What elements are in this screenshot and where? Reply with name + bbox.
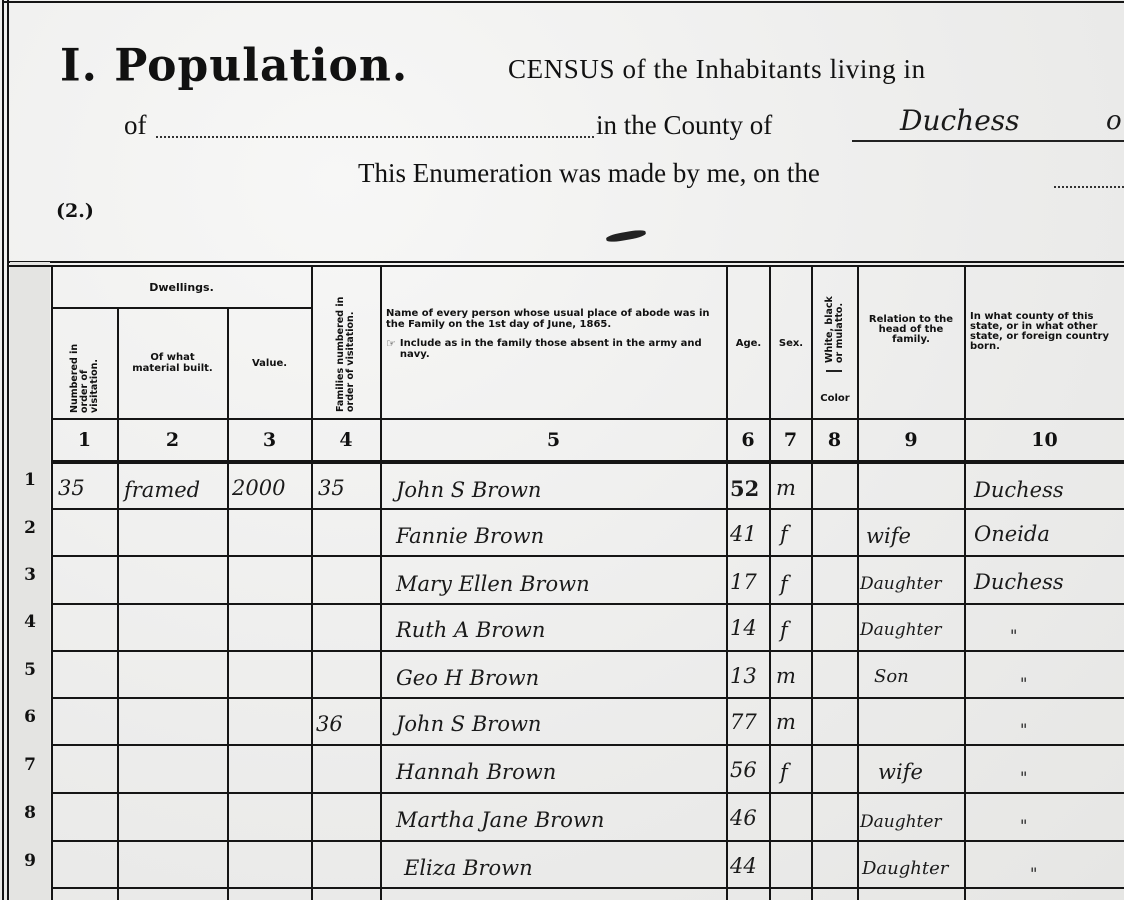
- person-age: 17: [730, 570, 757, 594]
- section-title: I. Population.: [60, 39, 408, 91]
- ink-smudge: [606, 229, 647, 244]
- person-birthplace: Duchess: [974, 570, 1064, 594]
- enumeration-line: This Enumeration was made by me, on the: [358, 158, 820, 189]
- person-name: Mary Ellen Brown: [396, 572, 590, 596]
- page-marker: (2.): [56, 200, 94, 222]
- row-rule: [52, 650, 1124, 652]
- dwellings-group-header: Dwellings.: [52, 268, 311, 306]
- col-header-9: Relation to the head of the family.: [859, 310, 963, 350]
- brace-icon: [826, 370, 842, 372]
- row-rule: [52, 508, 1124, 510]
- person-birthplace: Duchess: [974, 478, 1064, 502]
- col-number-6: 6: [727, 420, 769, 460]
- col-header-6: Age.: [728, 268, 769, 418]
- person-birthplace: ": [1020, 674, 1027, 693]
- col-number-8: 8: [812, 420, 857, 460]
- person-sex: f: [780, 618, 788, 642]
- person-birthplace: ": [1030, 864, 1037, 883]
- person-sex: f: [780, 522, 788, 546]
- col-header-8-sublabel: Color: [813, 386, 857, 410]
- person-name: Hannah Brown: [396, 760, 556, 784]
- person-name: John S Brown: [396, 712, 541, 736]
- person-relation: Daughter: [860, 574, 942, 594]
- gutter-divider: [51, 265, 53, 900]
- person-sex: m: [776, 476, 796, 500]
- col-header-7: Sex.: [771, 268, 811, 418]
- col-header-1: Numbered in order of visitation.: [54, 310, 116, 416]
- col-header-8: White, black or mulatto.: [813, 268, 857, 378]
- col-number-2: 2: [118, 420, 227, 460]
- col-number-10: 10: [965, 420, 1124, 460]
- col-line-8: [857, 265, 859, 900]
- line-number: 6: [10, 707, 50, 727]
- outer-border-top: [2, 1, 1124, 3]
- person-name: Geo H Brown: [396, 666, 539, 690]
- col-header-8-label: White, black or mulatto.: [825, 283, 845, 363]
- person-sex: m: [776, 664, 796, 688]
- col-header-10-label: In what county of this state, or in what…: [970, 312, 1124, 352]
- row-rule: [52, 603, 1124, 605]
- pointing-hand-icon: ☞: [386, 338, 396, 360]
- row-rule: [52, 792, 1124, 794]
- line-number: 1: [10, 470, 50, 490]
- col-header-3-label: Value.: [252, 358, 287, 369]
- table-top-rule: [8, 265, 1124, 267]
- col-number-7: 7: [770, 420, 811, 460]
- line-number: 9: [10, 851, 50, 871]
- person-relation: Son: [874, 666, 909, 687]
- col-header-5-label: Name of every person whose usual place o…: [386, 308, 722, 330]
- person-age: 77: [730, 710, 757, 734]
- row-rule: [52, 744, 1124, 746]
- col-header-2-label: Of what material built.: [130, 352, 216, 374]
- row-rule: [52, 697, 1124, 699]
- col-number-3: 3: [228, 420, 311, 460]
- person-birthplace: ": [1020, 816, 1027, 835]
- col-header-3: Value.: [229, 310, 310, 416]
- col-header-1-label: Numbered in order of visitation.: [70, 313, 100, 413]
- col-header-4: Families numbered in order of visitation…: [313, 268, 379, 416]
- person-age: 41: [730, 522, 757, 546]
- person-sex: f: [780, 760, 788, 784]
- dwellings-group-rule: [52, 307, 312, 309]
- person-relation: Daughter: [862, 858, 948, 879]
- row-rule: [52, 840, 1124, 842]
- col-number-9: 9: [858, 420, 964, 460]
- line-number: 3: [10, 565, 50, 585]
- line-number: 2: [10, 518, 50, 538]
- county-value: Duchess: [900, 104, 1020, 137]
- person-name: Martha Jane Brown: [396, 808, 604, 832]
- line-number: 7: [10, 755, 50, 775]
- outer-border-left: [2, 0, 4, 900]
- person-age: 52: [730, 476, 759, 501]
- row-rule: [52, 887, 1124, 889]
- line-number: 4: [10, 612, 50, 632]
- family-number: 35: [318, 476, 345, 500]
- of-label: of: [124, 110, 147, 141]
- col-header-5-note-row: ☞ Include as in the family those absent …: [386, 338, 722, 360]
- col-line-9: [964, 265, 966, 900]
- person-age: 56: [730, 758, 757, 782]
- census-page: I. Population. CENSUS of the Inhabitants…: [0, 0, 1124, 900]
- person-name: Fannie Brown: [396, 524, 544, 548]
- person-relation: Daughter: [860, 812, 942, 832]
- dwelling-number: 35: [58, 476, 85, 500]
- person-relation: wife: [878, 760, 923, 784]
- county-label: in the County of: [596, 110, 772, 141]
- col-header-5-note: Include as in the family those absent in…: [400, 338, 722, 360]
- census-title: CENSUS of the Inhabitants living in: [508, 54, 926, 85]
- col-header-2: Of what material built.: [119, 310, 226, 416]
- col-number-4: 4: [312, 420, 380, 460]
- person-sex: m: [776, 710, 796, 734]
- person-age: 44: [730, 854, 757, 878]
- person-name: Eliza Brown: [404, 856, 533, 880]
- col-number-5: 5: [381, 420, 726, 460]
- person-birthplace: ": [1010, 626, 1017, 645]
- person-relation: Daughter: [860, 620, 942, 640]
- person-birthplace: ": [1020, 720, 1027, 739]
- date-blank-line: [1054, 186, 1124, 188]
- person-name: John S Brown: [396, 478, 541, 502]
- col-line-4: [380, 265, 382, 900]
- col-header-5: Name of every person whose usual place o…: [386, 300, 722, 395]
- person-sex: f: [780, 572, 788, 596]
- person-relation: wife: [866, 524, 911, 548]
- family-number: 36: [316, 712, 343, 736]
- line-number: 8: [10, 803, 50, 823]
- line-number: 5: [10, 660, 50, 680]
- town-blank-line: [156, 136, 594, 138]
- material-built: framed: [124, 478, 200, 502]
- person-age: 13: [730, 664, 757, 688]
- col-header-9-label: Relation to the head of the family.: [861, 315, 961, 345]
- col-number-1: 1: [52, 420, 117, 460]
- col-header-10: In what county of this state, or in what…: [970, 312, 1124, 372]
- row-rule: [52, 462, 1124, 464]
- person-age: 14: [730, 616, 757, 640]
- person-name: Ruth A Brown: [396, 618, 545, 642]
- county-suffix: o: [1106, 106, 1122, 136]
- dwelling-value: 2000: [232, 476, 285, 500]
- col-header-4-label: Families numbered in order of visitation…: [336, 272, 356, 412]
- outer-border-left-inner: [7, 0, 9, 900]
- person-age: 46: [730, 806, 757, 830]
- county-blank-line: [852, 140, 1124, 142]
- person-birthplace: Oneida: [974, 522, 1050, 546]
- header-bottom-rule: [7, 261, 1124, 263]
- person-birthplace: ": [1020, 768, 1027, 787]
- row-rule: [52, 555, 1124, 557]
